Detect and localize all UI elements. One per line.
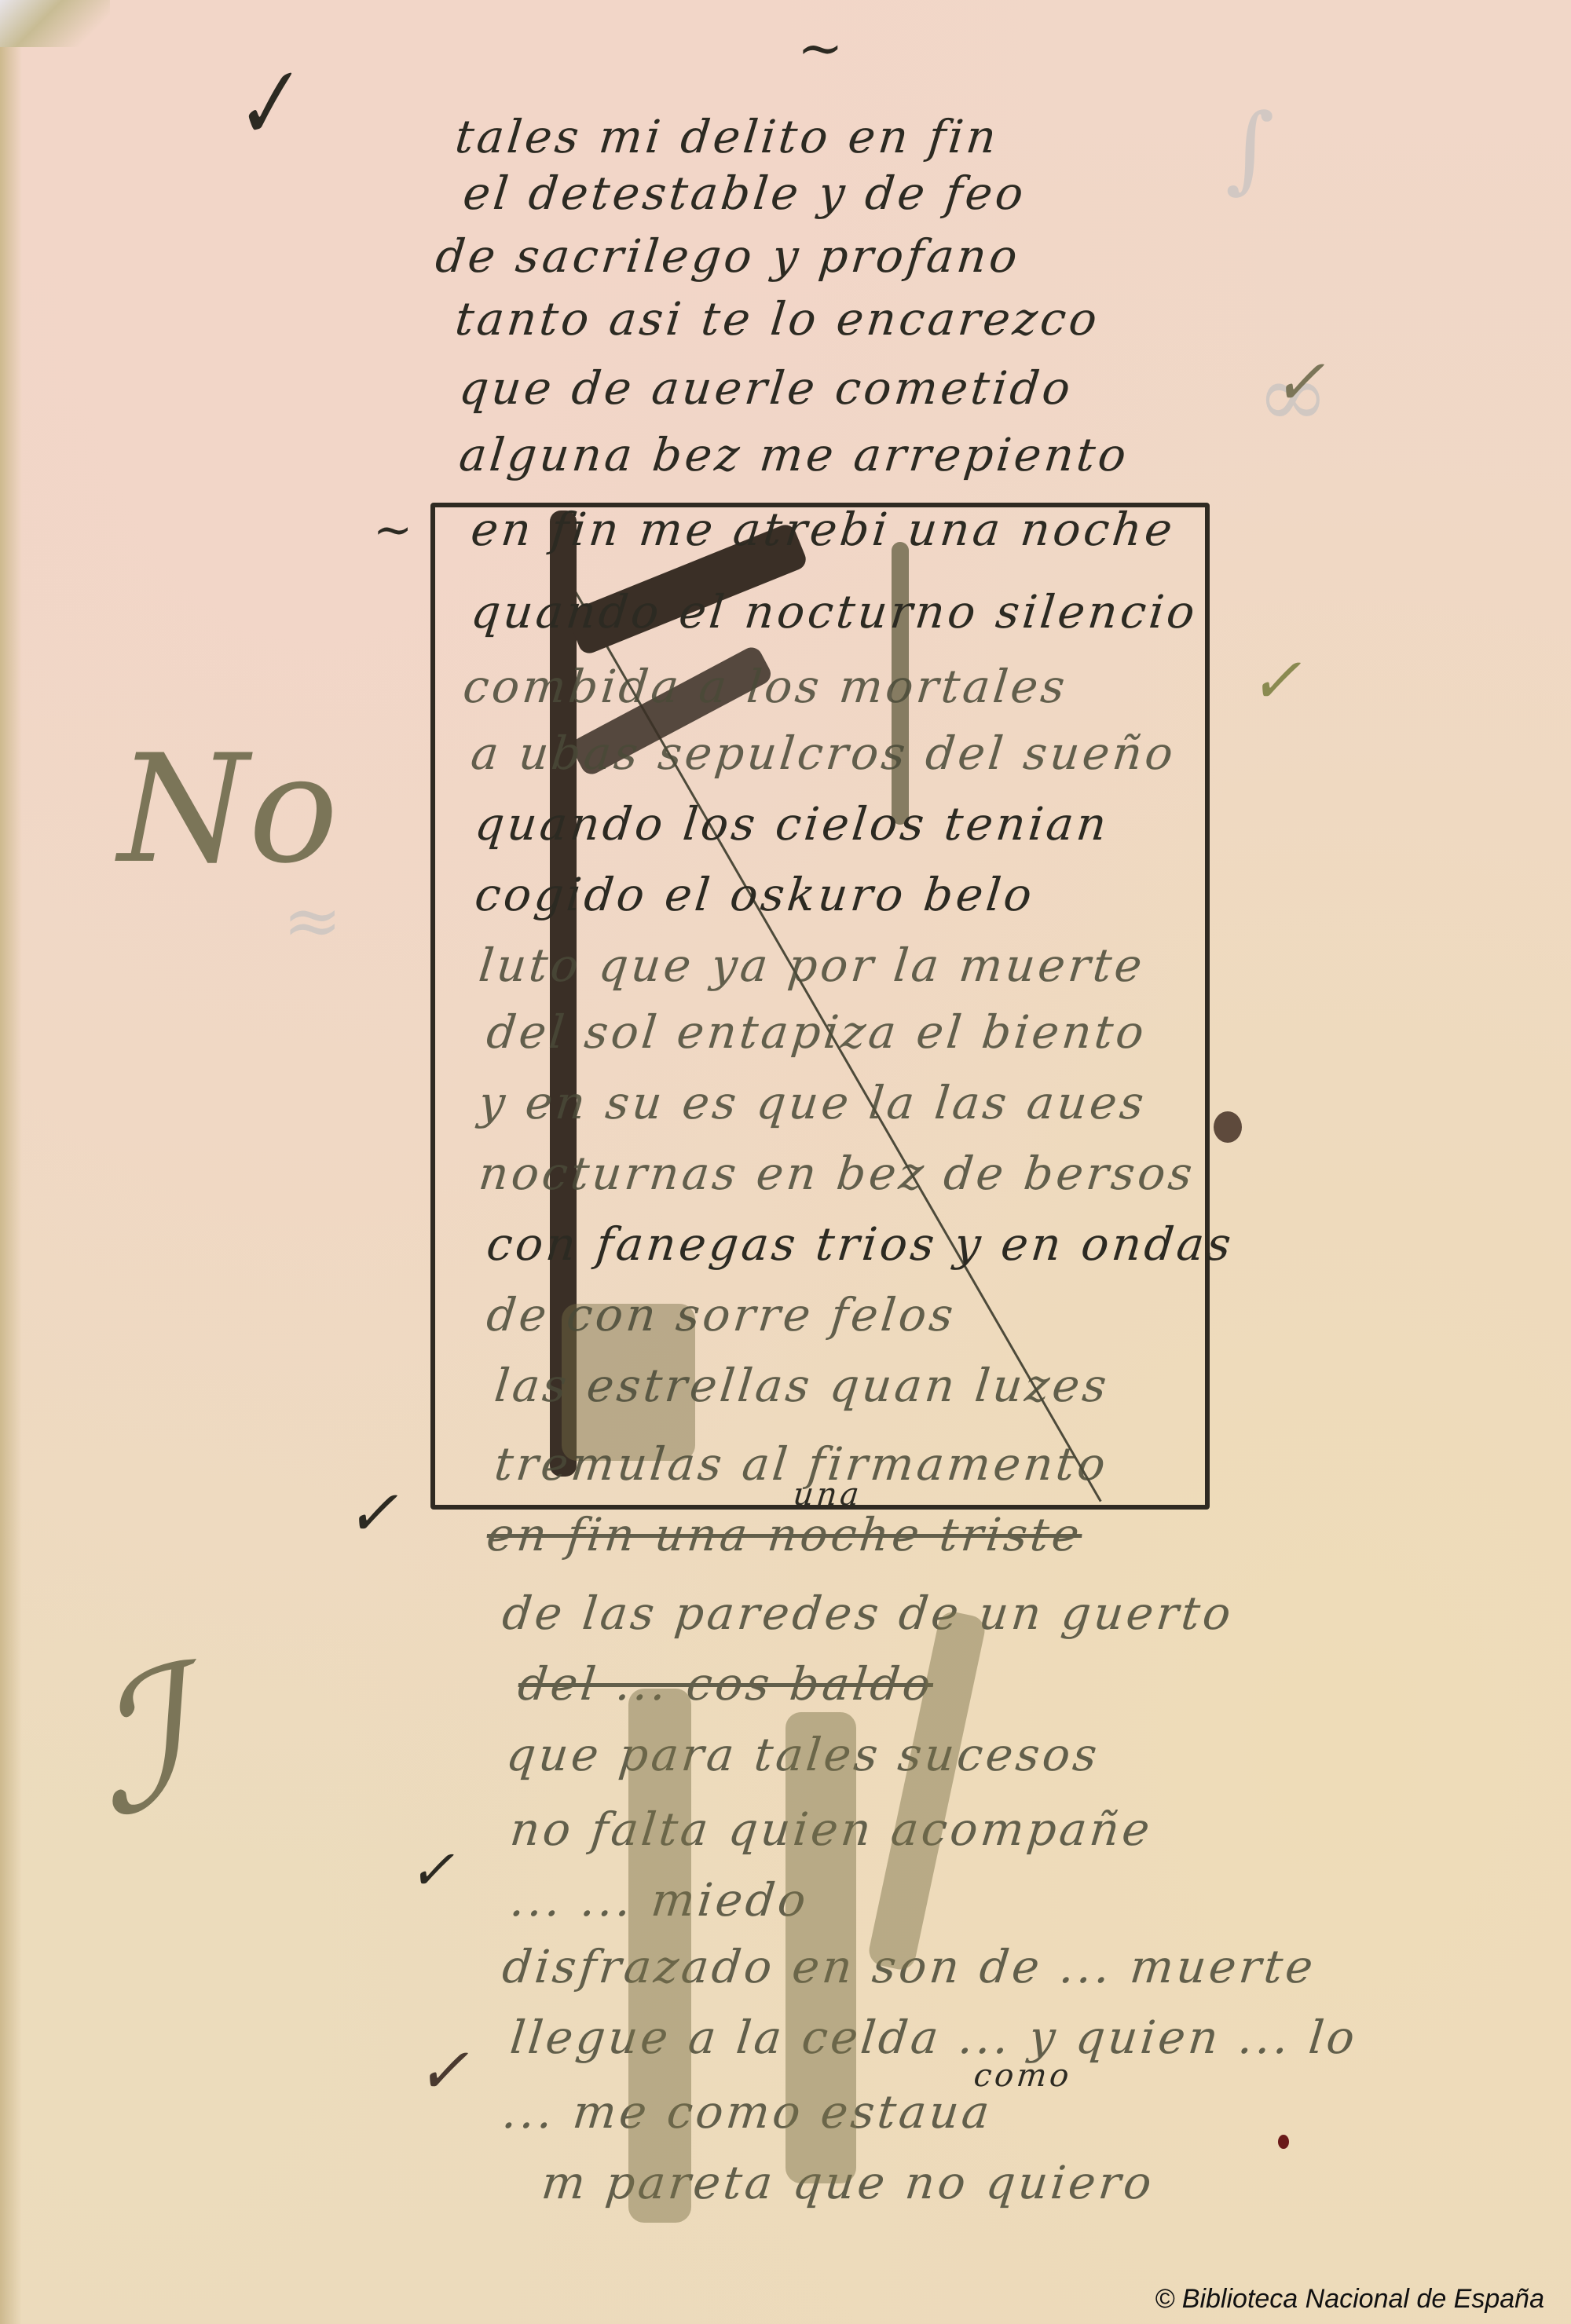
text-line: ... me como estaua [500,2085,994,2139]
manuscript-page: ∫ ∞ ≈ ~ ✓ tales mi delito en fin el dete… [0,0,1571,2324]
check-mark-icon: ✓ [1273,346,1325,419]
copyright-notice: © Biblioteca Nacional de España [1155,2284,1544,2315]
text-line: tanto asi te lo encarezco [452,292,1102,346]
text-line: quando el nocturno silencio [468,585,1200,639]
text-line: tales mi delito en fin [452,110,1002,163]
text-line: nocturnas en bez de bersos [476,1147,1198,1200]
top-tilde-mark: ~ [797,16,844,80]
page-corner-damage [0,0,110,47]
flourish-signature-icon: ℐ [76,1627,202,1859]
text-line: alguna bez me arrepiento [456,428,1131,481]
tilde-mark: ~ [373,503,412,558]
text-line: en fin me atrebi una noche [468,503,1177,556]
text-line: y en su es que la las aues [476,1076,1149,1129]
ink-blot [1278,2135,1289,2149]
text-line-struck: en fin una noche triste [484,1508,1085,1561]
text-line: el detestable y de feo [460,167,1028,220]
check-mark-icon: ✓ [346,1477,398,1550]
text-line: con fanegas trios y en ondas [484,1217,1236,1271]
check-mark-icon: ✓ [416,2034,469,2107]
text-line: combida a los mortales [460,660,1070,713]
check-mark-icon: ✓ [216,47,312,163]
bleed-through-mark: ∫ [1225,94,1275,203]
text-line: quando los cielos tenian [472,797,1111,851]
ink-stain [785,1712,856,2183]
page-edge-shadow [0,0,22,2324]
text-line: de con sorre felos [484,1288,958,1341]
ink-stain [628,1689,691,2223]
text-line: cogido el oskuro belo [472,868,1037,921]
text-line: las estrellas quan luzes [492,1359,1111,1412]
text-line-struck: del ... cos baldo [515,1657,936,1711]
text-line: luto que ya por la muerte [476,939,1148,992]
margin-note-no: No [118,723,339,896]
check-mark-icon: ✓ [1249,644,1302,717]
text-line: de sacrilego y profano [433,229,1023,283]
text-line: que de auerle cometido [456,361,1075,415]
ink-blot [1214,1111,1242,1143]
text-line: de las paredes de un guerto [500,1587,1236,1640]
text-line: del sol entapiza el biento [484,1005,1149,1059]
check-mark-icon: ✓ [408,1838,455,1902]
text-line: a ubas sepulcros del sueño [468,726,1178,780]
